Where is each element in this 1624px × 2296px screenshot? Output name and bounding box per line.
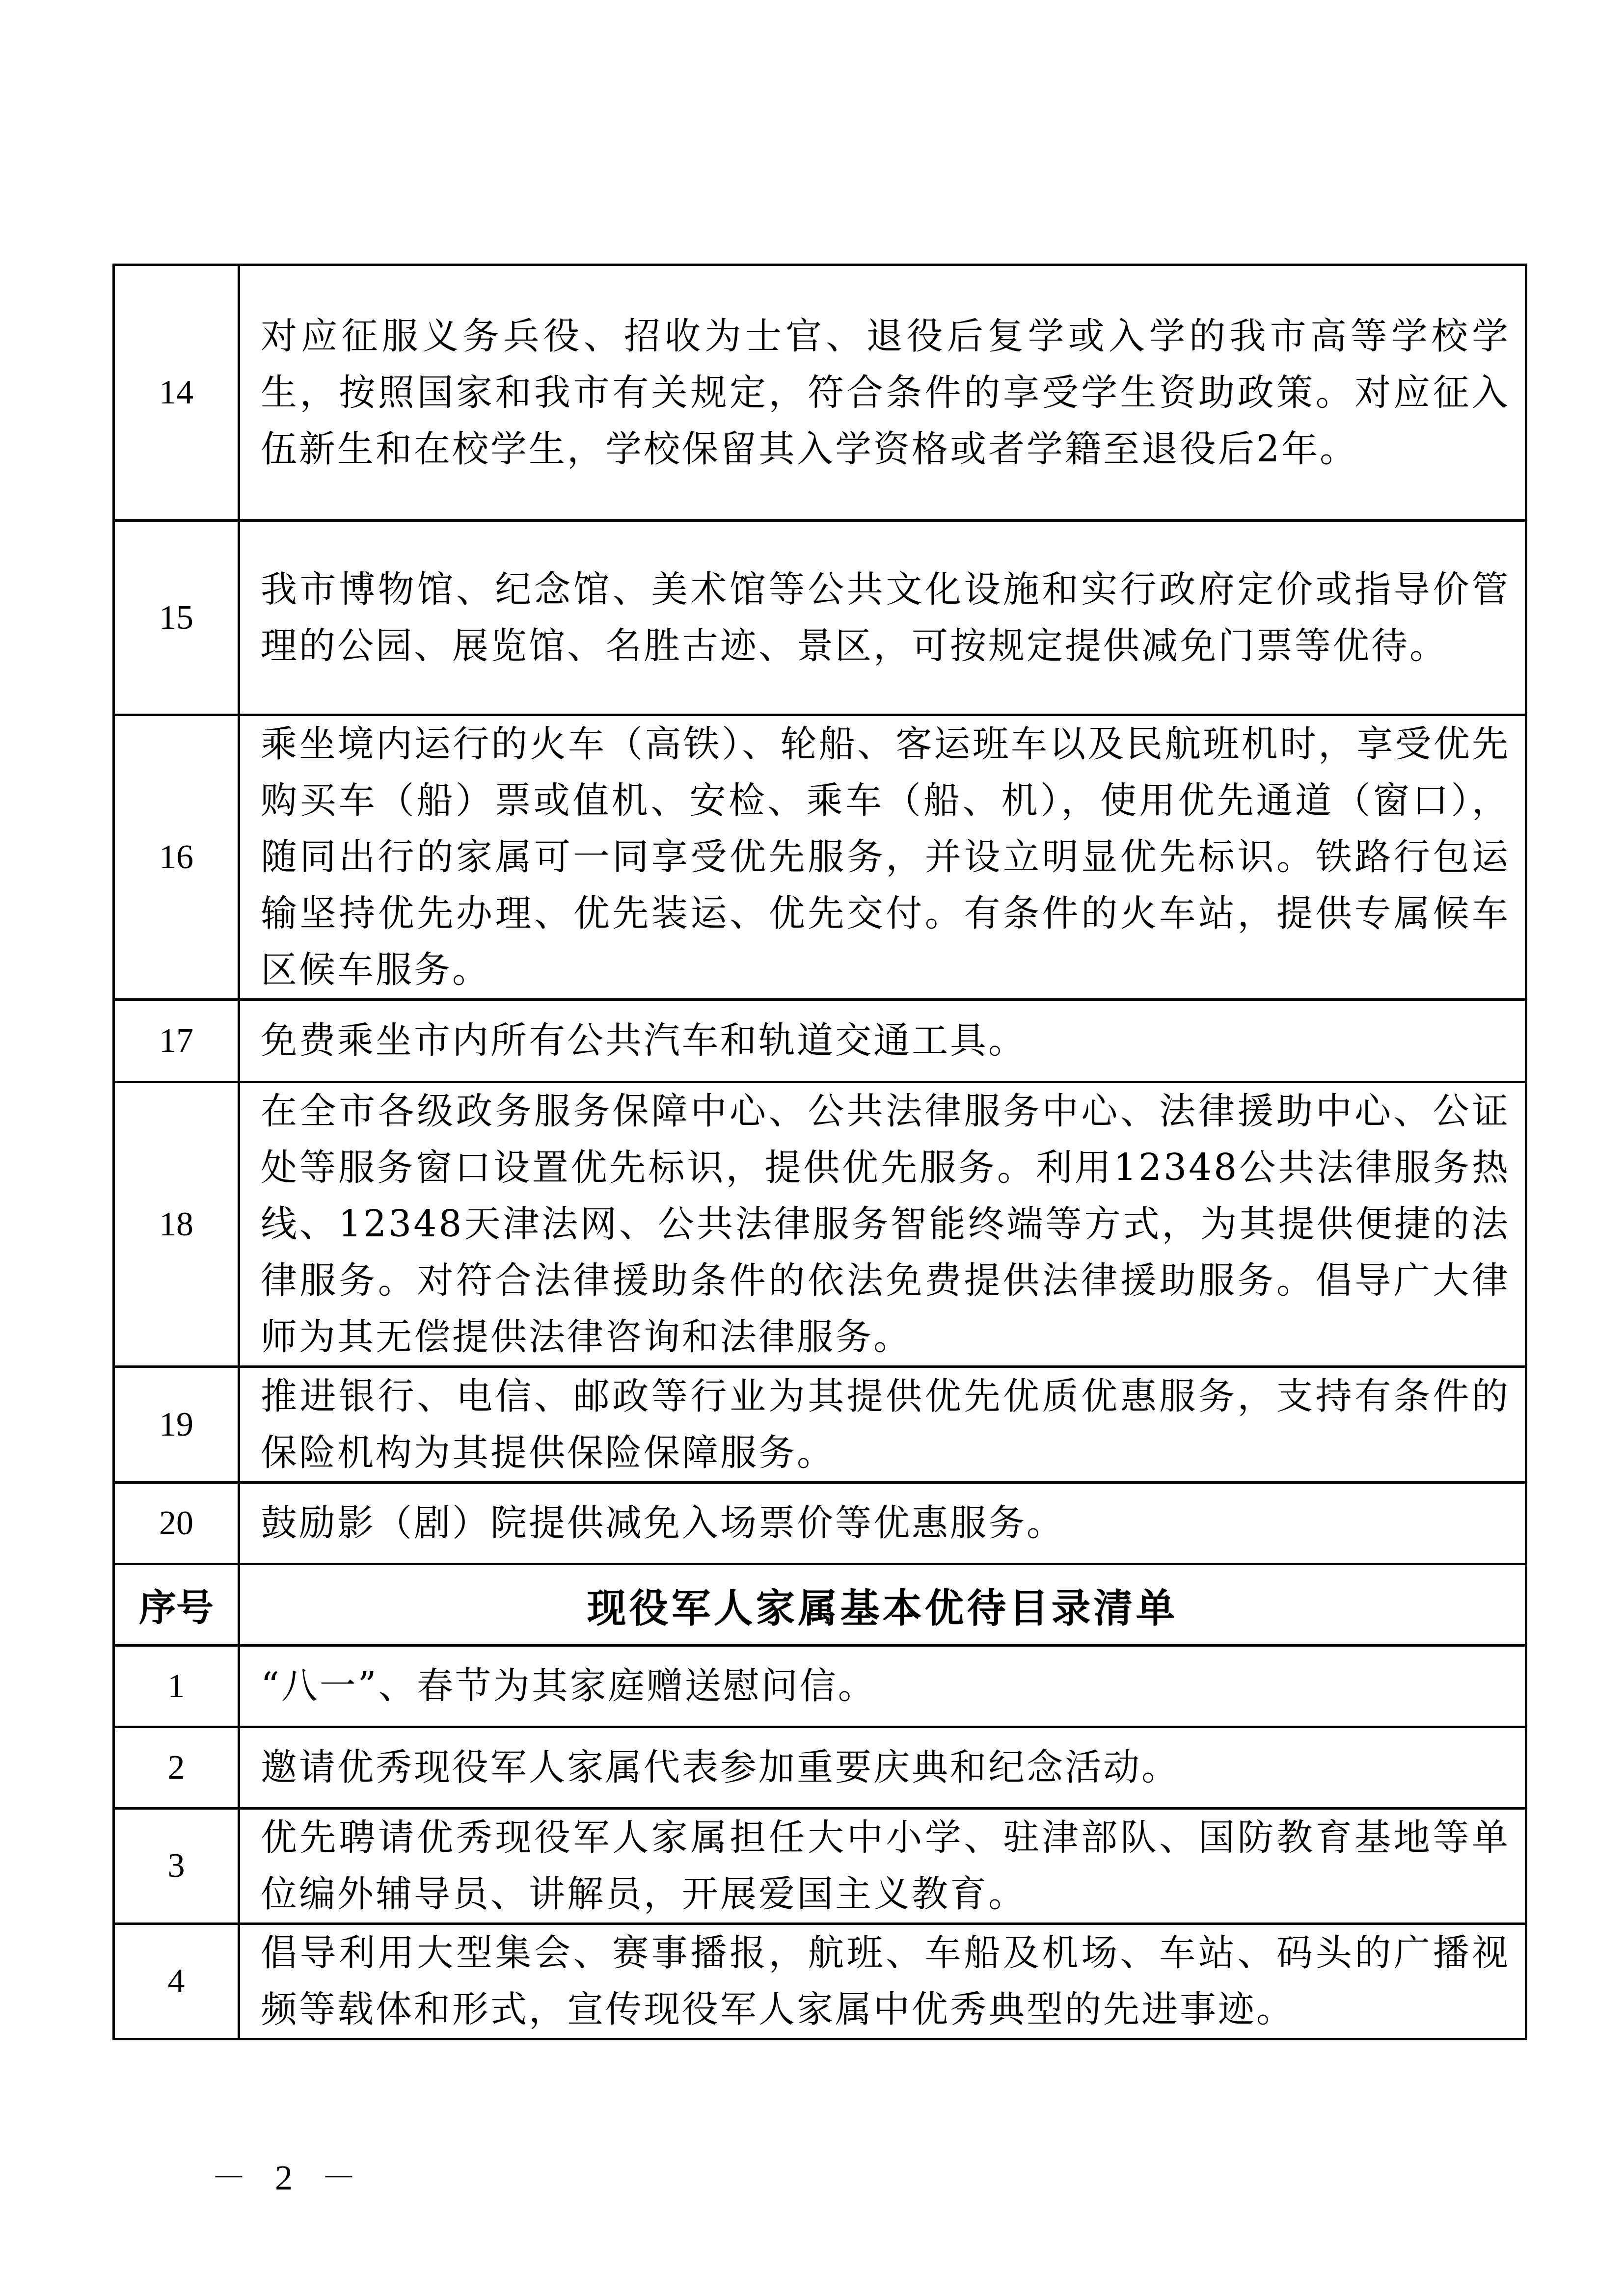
row-number: 16: [114, 715, 239, 1000]
table-row: 16 乘坐境内运行的火车（高铁）、轮船、客运班车以及民航班机时，享受优先购买车（…: [114, 715, 1526, 1000]
row-text: 乘坐境内运行的火车（高铁）、轮船、客运班车以及民航班机时，享受优先购买车（船）票…: [239, 715, 1526, 1000]
benefits-table: 14 对应征服义务兵役、招收为士官、退役后复学或入学的我市高等学校学生，按照国家…: [112, 264, 1527, 2040]
table-row: 18 在全市各级政务服务保障中心、公共法律服务中心、法律援助中心、公证处等服务窗…: [114, 1082, 1526, 1367]
row-text: 鼓励影（剧）院提供减免入场票价等优惠服务。: [239, 1483, 1526, 1564]
row-number: 18: [114, 1082, 239, 1367]
row-text: “八一”、春节为其家庭赠送慰问信。: [239, 1646, 1526, 1727]
row-text: 我市博物馆、纪念馆、美术馆等公共文化设施和实行政府定价或指导价管理的公园、展览馆…: [239, 521, 1526, 715]
section-header-row: 序号 现役军人家属基本优待目录清单: [114, 1564, 1526, 1646]
table-row: 14 对应征服义务兵役、招收为士官、退役后复学或入学的我市高等学校学生，按照国家…: [114, 265, 1526, 521]
table-row: 1 “八一”、春节为其家庭赠送慰问信。: [114, 1646, 1526, 1727]
section-title: 现役军人家属基本优待目录清单: [239, 1564, 1526, 1646]
row-number: 14: [114, 265, 239, 521]
table-row: 17 免费乘坐市内所有公共汽车和轨道交通工具。: [114, 1000, 1526, 1082]
page-number: － 2 －: [211, 2149, 366, 2200]
row-number: 3: [114, 1809, 239, 1924]
row-text: 免费乘坐市内所有公共汽车和轨道交通工具。: [239, 1000, 1526, 1082]
row-text: 倡导利用大型集会、赛事播报，航班、车船及机场、车站、码头的广播视频等载体和形式，…: [239, 1924, 1526, 2039]
row-number: 20: [114, 1483, 239, 1564]
table-row: 20 鼓励影（剧）院提供减免入场票价等优惠服务。: [114, 1483, 1526, 1564]
header-number-label: 序号: [114, 1564, 239, 1646]
row-number: 1: [114, 1646, 239, 1727]
row-text: 在全市各级政务服务保障中心、公共法律服务中心、法律援助中心、公证处等服务窗口设置…: [239, 1082, 1526, 1367]
row-number: 19: [114, 1367, 239, 1483]
table-row: 19 推进银行、电信、邮政等行业为其提供优先优质优惠服务，支持有条件的保险机构为…: [114, 1367, 1526, 1483]
row-text: 推进银行、电信、邮政等行业为其提供优先优质优惠服务，支持有条件的保险机构为其提供…: [239, 1367, 1526, 1483]
table-row: 3 优先聘请优秀现役军人家属担任大中小学、驻津部队、国防教育基地等单位编外辅导员…: [114, 1809, 1526, 1924]
row-number: 2: [114, 1727, 239, 1809]
row-text: 邀请优秀现役军人家属代表参加重要庆典和纪念活动。: [239, 1727, 1526, 1809]
row-text: 对应征服义务兵役、招收为士官、退役后复学或入学的我市高等学校学生，按照国家和我市…: [239, 265, 1526, 521]
table-row: 15 我市博物馆、纪念馆、美术馆等公共文化设施和实行政府定价或指导价管理的公园、…: [114, 521, 1526, 715]
table-row: 2 邀请优秀现役军人家属代表参加重要庆典和纪念活动。: [114, 1727, 1526, 1809]
table-row: 4 倡导利用大型集会、赛事播报，航班、车船及机场、车站、码头的广播视频等载体和形…: [114, 1924, 1526, 2039]
row-number: 17: [114, 1000, 239, 1082]
row-number: 15: [114, 521, 239, 715]
row-text: 优先聘请优秀现役军人家属担任大中小学、驻津部队、国防教育基地等单位编外辅导员、讲…: [239, 1809, 1526, 1924]
row-number: 4: [114, 1924, 239, 2039]
document-page: 14 对应征服义务兵役、招收为士官、退役后复学或入学的我市高等学校学生，按照国家…: [0, 0, 1624, 2296]
